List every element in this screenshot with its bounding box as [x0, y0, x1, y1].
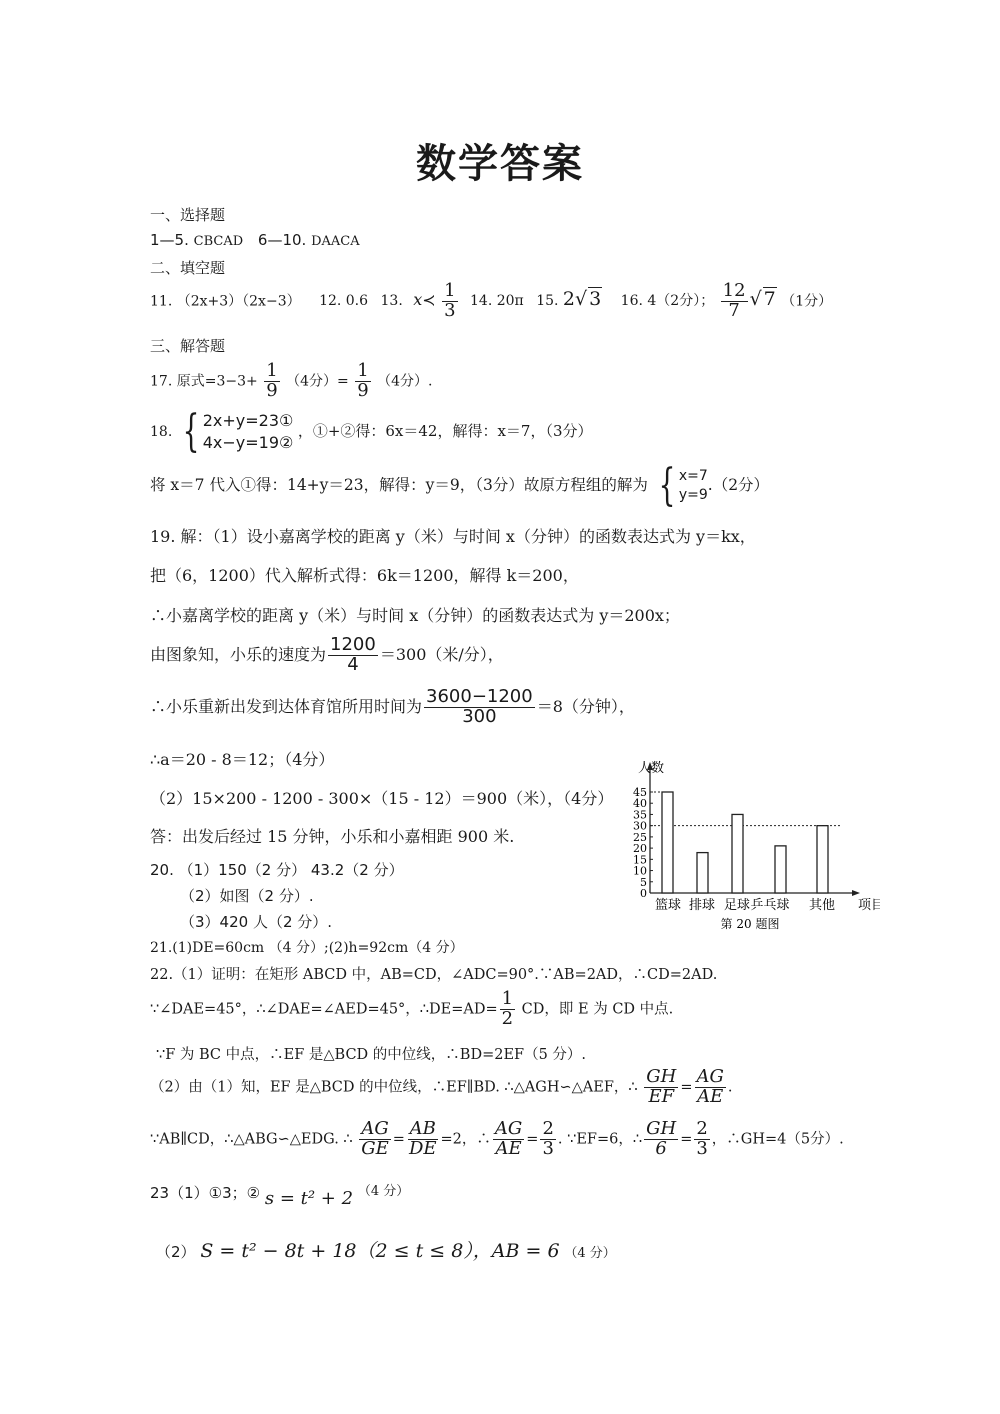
num: 2: [540, 1120, 555, 1140]
radicand: 3: [588, 287, 602, 310]
q22-l5-d: ，∴GH=4（5分）.: [712, 1131, 844, 1147]
y-tick-label: 0: [640, 887, 647, 900]
section-choice-heading: 一、选择题: [150, 204, 225, 225]
q23-l1-pre: 23（1）①3；②: [150, 1184, 260, 1202]
num: 3600−1200: [424, 688, 535, 708]
fill-answers: 11. （2x+3）（2x−3） 12. 0.6 13. x≺ 13 14. 2…: [150, 282, 832, 321]
q21: 21.(1)DE=60cm （4 分）;(2)h=92cm（4 分）: [150, 937, 464, 957]
q19-speed-fraction: 12004: [328, 636, 378, 675]
frac-2-3-b: 23: [694, 1120, 709, 1159]
q19-l4-post: ＝300（米/分），: [380, 645, 504, 664]
q22-l2-pre: ∵∠DAE=45°，∴∠DAE=∠AED=45°，∴DE=AD=: [150, 1001, 498, 1017]
num: GH: [644, 1068, 678, 1088]
q16-fraction: 127: [721, 282, 748, 321]
q11: 11. （2x+3）（2x−3）: [150, 293, 301, 309]
bar-chart-q20: 人数项目051015202530354045篮球排球足球乒乓球其他第 20 题图: [620, 752, 880, 942]
bar: [662, 792, 673, 893]
q19-line6: ∴a＝20 - 8＝12；（4分）: [150, 747, 334, 770]
q16-sqrt: √7: [750, 288, 777, 310]
choice-answers: 1—5. CBCAD 6—10. DAACA: [150, 231, 360, 249]
q20-line2: （2）如图（2 分）.: [180, 885, 314, 906]
q22-l2-post: CD，即 E 为 CD 中点.: [517, 1001, 673, 1017]
q18-line1: 18. {2x+y=23①4x−y=19② ，①+②得：6x＝42，解得：x＝7…: [150, 410, 593, 454]
q16-a: 16. 4（2分）；: [621, 293, 715, 309]
q22-line2: ∵∠DAE=45°，∴∠DAE=∠AED=45°，∴DE=AD=12 CD，即 …: [150, 990, 673, 1029]
y-tick-label: 10: [633, 865, 647, 878]
q17-frac-1: 19: [264, 362, 279, 401]
q17: 17. 原式=3−3+ 19 （4分）= 19 （4分）.: [150, 362, 432, 401]
q18-rest: ，①+②得：6x＝42，解得：x＝7，（3分）: [298, 422, 593, 440]
x-tick-label: 篮球: [655, 897, 681, 913]
frac-gh-6: GH6: [644, 1120, 678, 1159]
y-axis-label: 人数: [638, 760, 664, 776]
q18-line2-text: 将 x＝7 代入①得：14+y＝23，解得：y＝9，（3分）故原方程组的解为: [150, 476, 648, 494]
num: GH: [644, 1120, 678, 1140]
q19-l5-post: ＝8（分钟），: [537, 697, 635, 716]
q19-line7: （2）15×200 - 1200 - 300×（15 - 12）＝900（米），…: [150, 786, 613, 809]
y-tick-label: 35: [633, 808, 647, 821]
q19-line8: 答：出发后经过 15 分钟，小乐和小嘉相距 900 米.: [150, 824, 514, 847]
q22-line4: （2）由（1）知，EF 是△BCD 的中位线，∴EF∥BD. ∴△AGH∽△AE…: [150, 1068, 733, 1107]
choice-label-2: 6—10.: [258, 231, 306, 249]
eq: =: [526, 1131, 538, 1147]
num: AG: [695, 1068, 726, 1088]
y-tick-label: 25: [633, 831, 647, 844]
den: EF: [646, 1088, 676, 1107]
den: AE: [695, 1088, 725, 1107]
num: AG: [493, 1120, 524, 1140]
post: .: [728, 1079, 733, 1095]
x-tick-label: 排球: [689, 897, 715, 913]
q20-line3: （3）420 人（2 分）.: [180, 911, 332, 932]
num: 1: [442, 282, 457, 302]
q22-line5: ∵AB∥CD，∴△ABG∽△EDG. ∴ AGGE=ABDE=2，∴AGAE=2…: [150, 1120, 844, 1159]
num: 1: [355, 362, 370, 382]
q22-half-fraction: 12: [500, 990, 515, 1029]
section-fill-heading: 二、填空题: [150, 257, 225, 278]
chart-caption: 第 20 题图: [721, 917, 780, 931]
q23-l2-expr: S = t² − 8t + 18（2 ≤ t ≤ 8），AB = 6: [200, 1240, 559, 1262]
den: 7: [726, 302, 741, 321]
choice-ans-2: DAACA: [311, 234, 360, 249]
q23-line1: 23（1）①3；② s = t² + 2 （4 分）: [150, 1182, 409, 1203]
choice-label-1: 1—5.: [150, 231, 189, 249]
q23-l1-post: （4 分）: [358, 1184, 409, 1199]
num: AG: [359, 1120, 390, 1140]
frac-ab-de: ABDE: [407, 1120, 439, 1159]
den: 3: [442, 302, 457, 321]
den: 9: [264, 382, 279, 401]
q19-time-fraction: 3600−1200300: [424, 688, 535, 727]
radicand: 7: [763, 287, 777, 310]
q19-line1: 19. 解：（1）设小嘉离学校的距离 y（米）与时间 x（分钟）的函数表达式为 …: [150, 524, 756, 547]
eq: =: [393, 1131, 405, 1147]
q18-line2: 将 x＝7 代入①得：14+y＝23，解得：y＝9，（3分）故原方程组的解为 {…: [150, 464, 769, 508]
eq: =: [680, 1079, 692, 1095]
y-tick-label: 15: [633, 853, 647, 866]
brace-icon: {: [182, 410, 199, 454]
q22-l5-b: =2，∴: [441, 1131, 491, 1147]
den: DE: [407, 1140, 439, 1159]
q19-line4: 由图象知，小乐的速度为12004＝300（米/分），: [150, 636, 504, 675]
den: 4: [345, 656, 360, 675]
choice-ans-1: CBCAD: [194, 234, 244, 249]
q18-solution: {x=7y=9: [653, 464, 708, 508]
eq1: 2x+y=23①: [203, 410, 294, 432]
q23-l1-expr: s = t² + 2: [265, 1188, 353, 1209]
chart-svg: 人数项目051015202530354045篮球排球足球乒乓球其他第 20 题图: [620, 752, 880, 942]
bar: [697, 853, 708, 893]
q17-mid: （4分）=: [286, 373, 349, 389]
y-tick-label: 5: [640, 876, 647, 889]
section-solve-heading: 三、解答题: [150, 335, 225, 356]
page-title: 数学答案: [0, 132, 1000, 189]
q17-pre: 17. 原式=3−3+: [150, 373, 258, 389]
eq2: 4x−y=19②: [203, 432, 294, 454]
x-tick-label: 其他: [809, 897, 835, 913]
frac-2-3: 23: [540, 1120, 555, 1159]
q13-fraction: 13: [442, 282, 457, 321]
q17-frac-2: 19: [355, 362, 370, 401]
den: 3: [694, 1140, 709, 1159]
q19-line2: 把（6，1200）代入解析式得：6k＝1200，解得 k＝200，: [150, 563, 579, 586]
q19-l4-pre: 由图象知，小乐的速度为: [150, 645, 326, 664]
frac-ag-ge: AGGE: [359, 1120, 391, 1159]
y-tick-label: 45: [633, 786, 647, 799]
num: 1200: [328, 636, 378, 656]
q22-line3: ∵F 为 BC 中点，∴EF 是△BCD 的中位线，∴BD=2EF（5 分）.: [156, 1043, 586, 1064]
brace-icon: {: [658, 464, 675, 508]
den: 3: [540, 1140, 555, 1159]
q13-op: ≺: [422, 290, 435, 309]
q13-var: x: [413, 290, 422, 309]
sol2: y=9: [679, 486, 708, 505]
eq: =: [680, 1131, 692, 1147]
den: 9: [355, 382, 370, 401]
bar: [732, 814, 743, 893]
q19-line3: ∴小嘉离学校的距离 y（米）与时间 x（分钟）的函数表达式为 y＝200x；: [150, 603, 680, 626]
q22-l5-c: . ∵EF=6，∴: [558, 1131, 642, 1147]
den: GE: [359, 1140, 391, 1159]
q18-system: {2x+y=23①4x−y=19②: [177, 410, 294, 454]
coef: 2: [563, 288, 575, 310]
num: 12: [721, 282, 748, 302]
frac-ag-ae: AGAE: [493, 1120, 524, 1159]
q23-l2-post: （4 分）: [564, 1246, 615, 1261]
den: 6: [653, 1140, 668, 1159]
num: 2: [694, 1120, 709, 1140]
y-tick-label: 30: [633, 820, 647, 833]
q17-post: （4分）.: [377, 373, 432, 389]
q14: 14. 20π: [470, 293, 524, 309]
q15-label: 15.: [536, 293, 558, 309]
num: AB: [408, 1120, 438, 1140]
q13-label: 13.: [381, 293, 403, 309]
den: AE: [494, 1140, 524, 1159]
y-tick-label: 20: [633, 842, 647, 855]
q19-line5: ∴小乐重新出发到达体育馆所用时间为3600−1200300＝8（分钟），: [150, 688, 635, 727]
q16-b: （1分）: [781, 293, 832, 309]
y-tick-label: 40: [633, 797, 647, 810]
bar: [775, 846, 786, 893]
x-tick-label: 乒乓球: [750, 897, 789, 913]
q22-l5-a: ∵AB∥CD，∴△ABG∽△EDG. ∴: [150, 1131, 353, 1147]
sol1: x=7: [679, 467, 708, 486]
den: 2: [500, 1010, 515, 1029]
q23-l2-pre: （2）: [156, 1243, 196, 1261]
q20-line1: 20. （1）150（2 分） 43.2（2 分）: [150, 859, 404, 880]
q22-l4-pre: （2）由（1）知，EF 是△BCD 的中位线，∴EF∥BD. ∴△AGH∽△AE…: [150, 1079, 638, 1095]
x-tick-label: 足球: [724, 897, 750, 913]
q22-frac-gh-ef: GHEF: [644, 1068, 678, 1107]
q22-line1: 22.（1）证明：在矩形 ABCD 中，AB=CD，∠ADC=90°.∵AB=2…: [150, 963, 717, 984]
q12: 12. 0.6: [319, 293, 368, 309]
q18-line2-post: .（2分）: [708, 476, 769, 494]
x-axis-label: 项目: [858, 898, 880, 913]
q18-label: 18.: [150, 424, 172, 440]
q19-l5-pre: ∴小乐重新出发到达体育馆所用时间为: [150, 697, 422, 716]
x-arrow-icon: [852, 890, 860, 896]
q23-line2: （2） S = t² − 8t + 18（2 ≤ t ≤ 8），AB = 6 （…: [156, 1236, 616, 1263]
q22-frac-ag-ae: AGAE: [695, 1068, 726, 1107]
bar: [817, 826, 828, 893]
num: 1: [500, 990, 515, 1010]
q15-value: 2√3: [563, 288, 602, 310]
num: 1: [264, 362, 279, 382]
den: 300: [460, 708, 498, 727]
